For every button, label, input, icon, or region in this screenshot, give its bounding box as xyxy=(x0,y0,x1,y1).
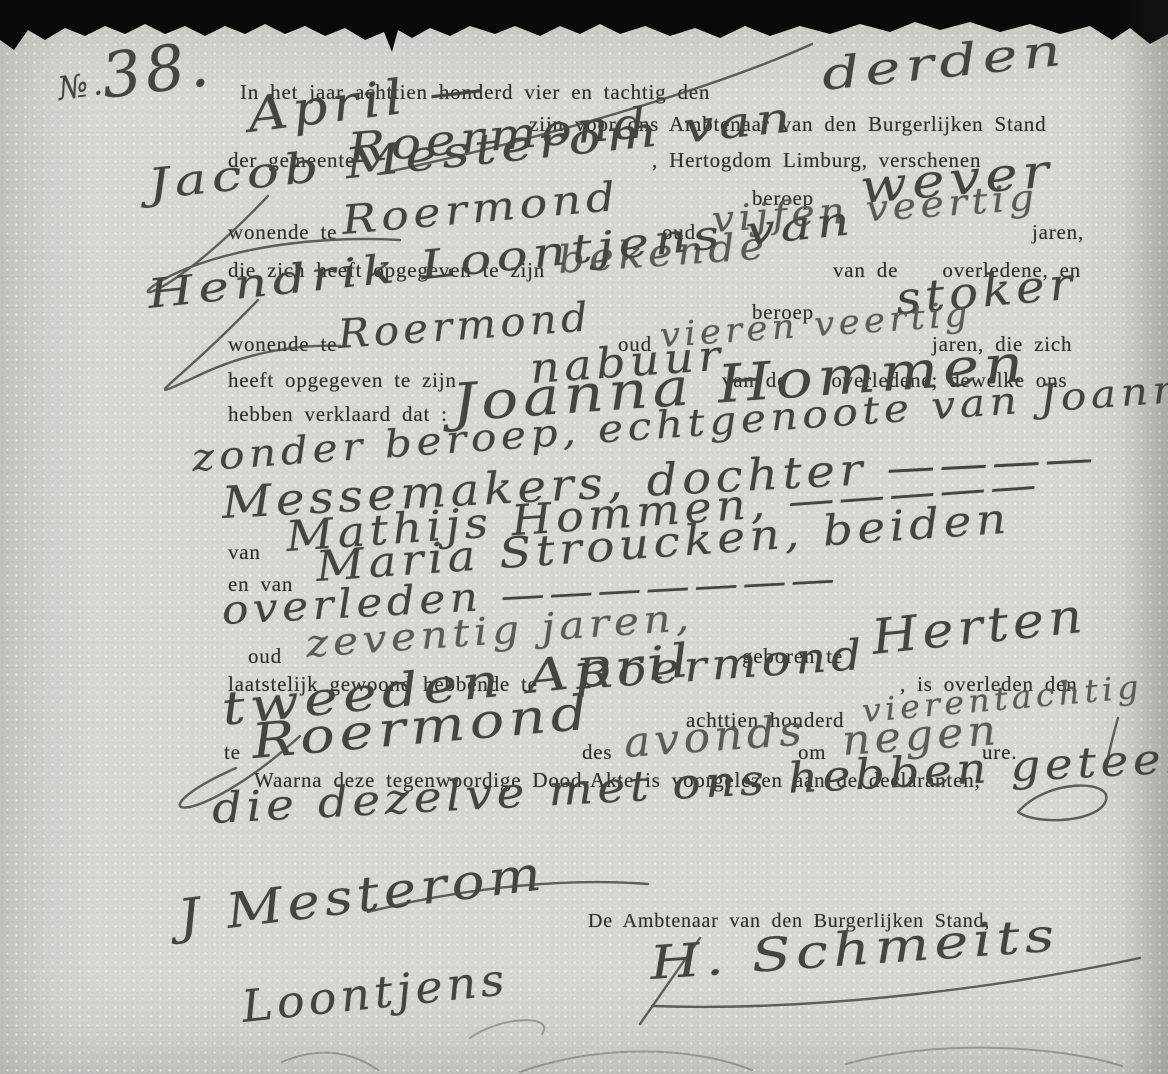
entry-birthplace: Herten xyxy=(869,588,1089,666)
form-text-relation2: heeft opgegeven te zijn xyxy=(228,368,457,393)
form-text-father: van xyxy=(228,540,261,565)
act-number: 38. xyxy=(98,27,217,113)
signature-declarant1: J Mesterom xyxy=(175,845,549,946)
death-certificate-scan: №. 38. In het jaar achttien honderd vier… xyxy=(0,0,1168,1074)
form-text-residence1: wonende te xyxy=(228,220,337,245)
form-text-time-of-day: des xyxy=(582,740,612,765)
cutoff-bottom-writing xyxy=(282,1020,1122,1072)
form-text-age-deceased: oud xyxy=(248,644,282,669)
form-text-death-place: te xyxy=(224,740,241,765)
form-text-residence2: wonende te xyxy=(228,332,337,357)
signature-declarant2: Loontjens xyxy=(239,954,510,1033)
entry-day: derden xyxy=(819,24,1068,100)
form-text-years1: jaren, xyxy=(1032,220,1084,245)
